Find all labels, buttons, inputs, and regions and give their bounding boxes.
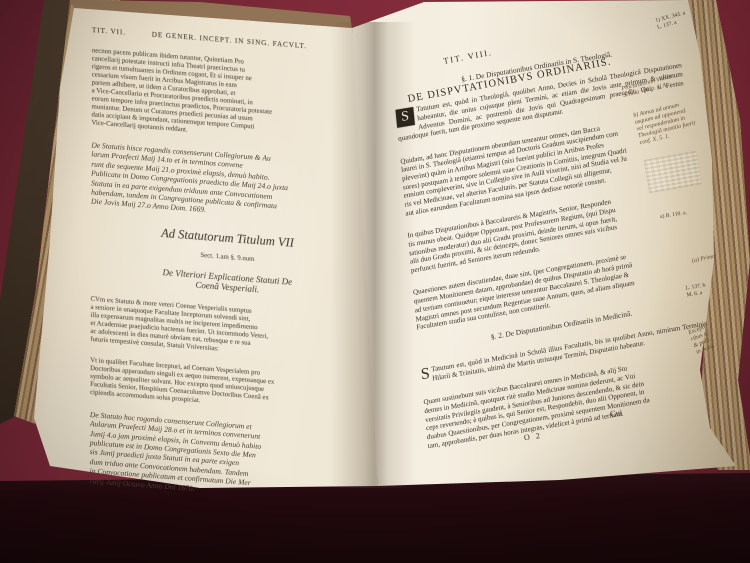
- left-page-text: TIT. VII. DE GENER. INCEPT. IN SING. FAC…: [90, 18, 366, 514]
- woodcut-initial-s: S: [395, 107, 414, 128]
- left-paragraph-ut: Vt in qualibet Facultate Incepturi, ad C…: [90, 357, 363, 418]
- plain-initial-s: S: [420, 366, 430, 383]
- right-page-text: §. 1. De Disputationibus Ordinariis in S…: [392, 26, 715, 459]
- left-manuscript-note-1669: De Statutis hisce rogandis consenserunt …: [91, 140, 365, 227]
- left-manuscript-note-1670: De Statuto hoc rogando consenserunt Coll…: [90, 410, 364, 506]
- left-header-title: TIT. VII.: [92, 26, 126, 37]
- left-paragraph-print: necnon pacem publicam ibidem tutantur, Q…: [91, 47, 365, 148]
- left-header-chapter: DE GENER. INCEPT. IN SING. FACVLT.: [152, 31, 307, 51]
- left-paragraph-cum: CVm ex Statuto & more veteri Coenae Vesp…: [90, 296, 363, 365]
- catchword: Cui: [609, 407, 623, 419]
- book-photo: TIT. VII. DE GENER. INCEPT. IN SING. FAC…: [0, 0, 750, 563]
